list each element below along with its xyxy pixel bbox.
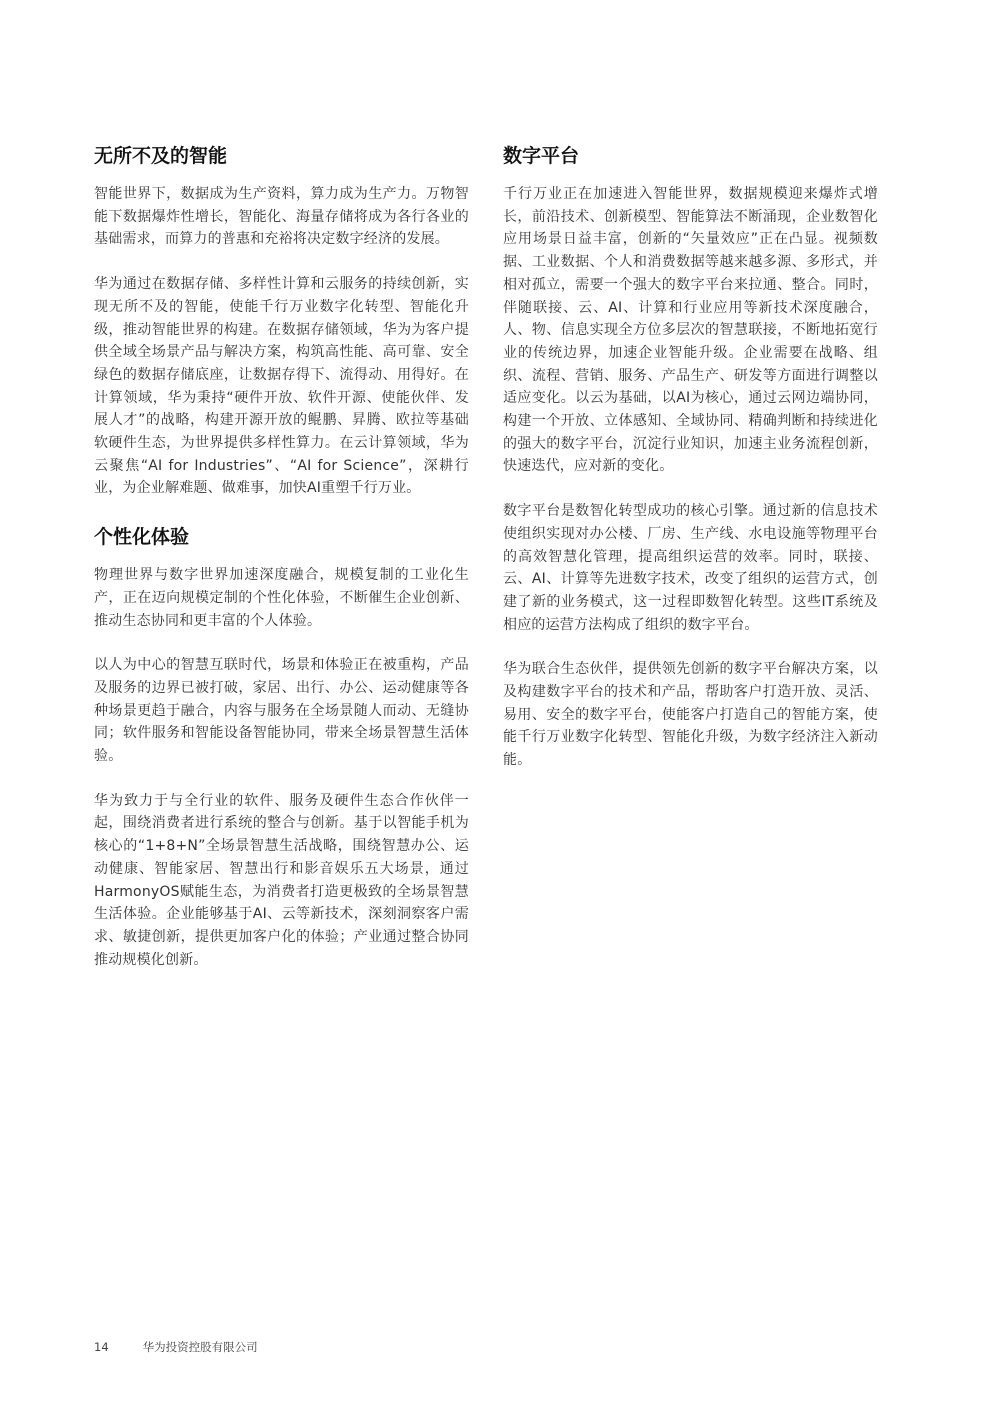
paragraph: 以人为中心的智慧互联时代，场景和体验正在被重构，产品及服务的边界已被打破，家居、… — [94, 654, 469, 768]
section-personalized-experience: 个性化体验 物理世界与数字世界加速深度融合，规模复制的工业化生产，正在迈向规模定… — [94, 522, 469, 971]
paragraph: 智能世界下，数据成为生产资料，算力成为生产力。万物智能下数据爆炸性增长，智能化、… — [94, 183, 469, 251]
paragraph: 数字平台是数智化转型成功的核心引擎。通过新的信息技术使组织实现对办公楼、厂房、生… — [503, 500, 878, 636]
page-footer: 14 华为投资控股有限公司 — [94, 1339, 258, 1355]
company-name: 华为投资控股有限公司 — [143, 1340, 258, 1354]
section-heading: 个性化体验 — [94, 522, 469, 552]
section-ubiquitous-intelligence: 无所不及的智能 智能世界下，数据成为生产资料，算力成为生产力。万物智能下数据爆炸… — [94, 141, 469, 500]
section-heading: 数字平台 — [503, 141, 878, 171]
paragraph: 千行万业正在加速进入智能世界，数据规模迎来爆炸式增长，前沿技术、创新模型、智能算… — [503, 183, 878, 478]
paragraph: 华为致力于与全行业的软件、服务及硬件生态合作伙伴一起，围绕消费者进行系统的整合与… — [94, 790, 469, 972]
paragraph: 物理世界与数字世界加速深度融合，规模复制的工业化生产，正在迈向规模定制的个性化体… — [94, 564, 469, 632]
left-column: 无所不及的智能 智能世界下，数据成为生产资料，算力成为生产力。万物智能下数据爆炸… — [94, 141, 469, 993]
right-column: 数字平台 千行万业正在加速进入智能世界，数据规模迎来爆炸式增长，前沿技术、创新模… — [503, 141, 878, 794]
paragraph: 华为通过在数据存储、多样性计算和云服务的持续创新，实现无所不及的智能，使能千行万… — [94, 273, 469, 500]
page-number: 14 — [94, 1339, 139, 1355]
section-heading: 无所不及的智能 — [94, 141, 469, 171]
section-digital-platform: 数字平台 千行万业正在加速进入智能世界，数据规模迎来爆炸式增长，前沿技术、创新模… — [503, 141, 878, 772]
paragraph: 华为联合生态伙伴，提供领先创新的数字平台解决方案，以及构建数字平台的技术和产品，… — [503, 658, 878, 772]
